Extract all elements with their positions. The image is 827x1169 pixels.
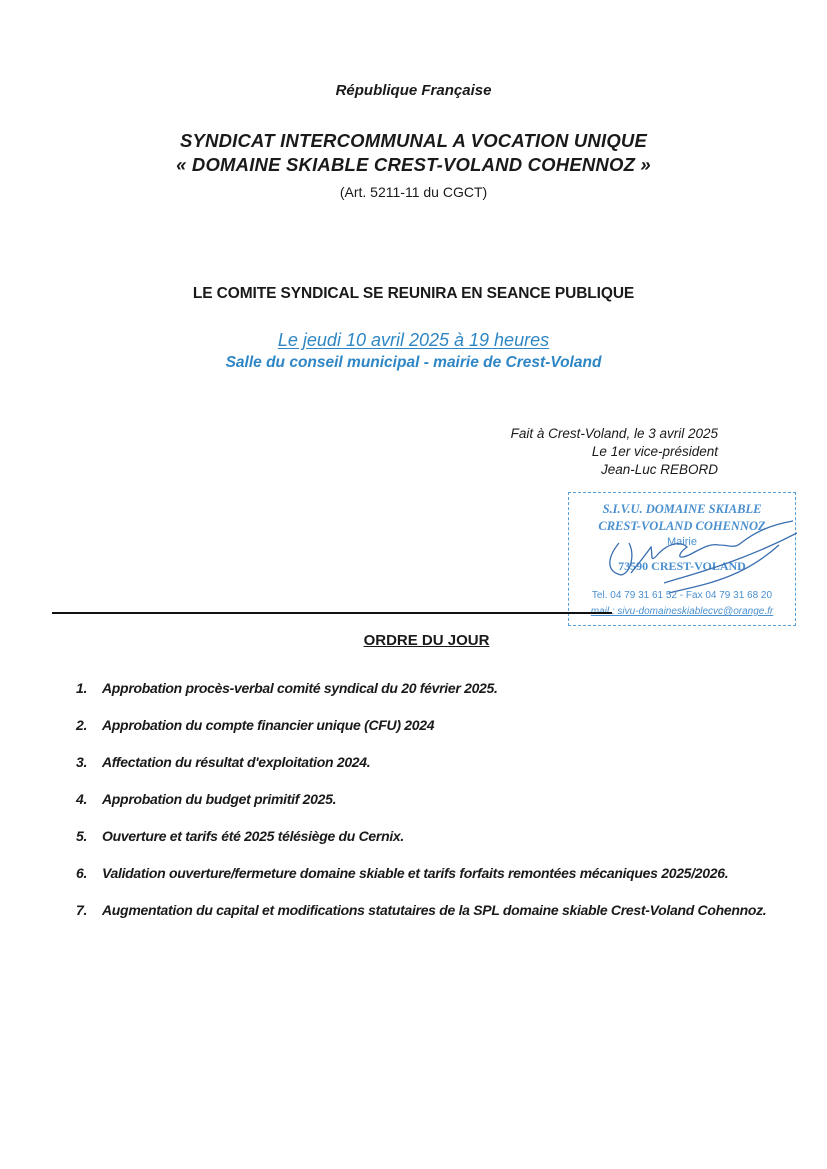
agenda-item-number: 7. [76, 902, 102, 918]
signature-block: Fait à Crest-Voland, le 3 avril 2025 Le … [420, 425, 718, 479]
agenda-item: 3.Affectation du résultat d'exploitation… [76, 754, 816, 791]
syndicat-title-line1: SYNDICAT INTERCOMMUNAL A VOCATION UNIQUE [0, 129, 827, 153]
agenda-item-text: Approbation procès-verbal comité syndica… [102, 680, 498, 696]
agenda-title: ORDRE DU JOUR [0, 632, 827, 649]
agenda-item-number: 5. [76, 828, 102, 844]
agenda-item-number: 4. [76, 791, 102, 807]
agenda-item: 6.Validation ouverture/fermeture domaine… [76, 865, 816, 902]
agenda-item-number: 1. [76, 680, 102, 696]
signature-place-date: Fait à Crest-Voland, le 3 avril 2025 [420, 425, 718, 443]
signature-name: Jean-Luc REBORD [420, 461, 718, 479]
agenda-item-number: 6. [76, 865, 102, 881]
article-reference: (Art. 5211-11 du CGCT) [0, 184, 827, 200]
handwritten-signature-icon [569, 493, 797, 627]
agenda-item: 5.Ouverture et tarifs été 2025 télésiège… [76, 828, 816, 865]
agenda-item-text: Validation ouverture/fermeture domaine s… [102, 865, 728, 881]
republique-francaise-heading: République Française [0, 82, 827, 99]
agenda-item: 1.Approbation procès-verbal comité syndi… [76, 680, 816, 717]
agenda-item-number: 3. [76, 754, 102, 770]
horizontal-rule [52, 612, 612, 614]
agenda-item: 2.Approbation du compte financier unique… [76, 717, 816, 754]
syndicat-title: SYNDICAT INTERCOMMUNAL A VOCATION UNIQUE… [0, 129, 827, 177]
agenda-item-text: Affectation du résultat d'exploitation 2… [102, 754, 370, 770]
official-stamp: S.I.V.U. DOMAINE SKIABLE CREST-VOLAND CO… [568, 492, 796, 626]
agenda-item-text: Approbation du compte financier unique (… [102, 717, 434, 733]
convocation-title: LE COMITE SYNDICAL SE REUNIRA EN SEANCE … [0, 285, 827, 303]
agenda-item: 7.Augmentation du capital et modificatio… [76, 902, 816, 939]
signature-role: Le 1er vice-président [420, 443, 718, 461]
meeting-location: Salle du conseil municipal - mairie de C… [0, 354, 827, 372]
agenda-item-text: Approbation du budget primitif 2025. [102, 791, 336, 807]
agenda-list: 1.Approbation procès-verbal comité syndi… [76, 680, 816, 939]
agenda-item-text: Augmentation du capital et modifications… [102, 902, 766, 918]
syndicat-title-line2: « DOMAINE SKIABLE CREST-VOLAND COHENNOZ … [0, 153, 827, 177]
meeting-date: Le jeudi 10 avril 2025 à 19 heures [0, 330, 827, 351]
agenda-item-number: 2. [76, 717, 102, 733]
agenda-item: 4.Approbation du budget primitif 2025. [76, 791, 816, 828]
agenda-item-text: Ouverture et tarifs été 2025 télésiège d… [102, 828, 404, 844]
